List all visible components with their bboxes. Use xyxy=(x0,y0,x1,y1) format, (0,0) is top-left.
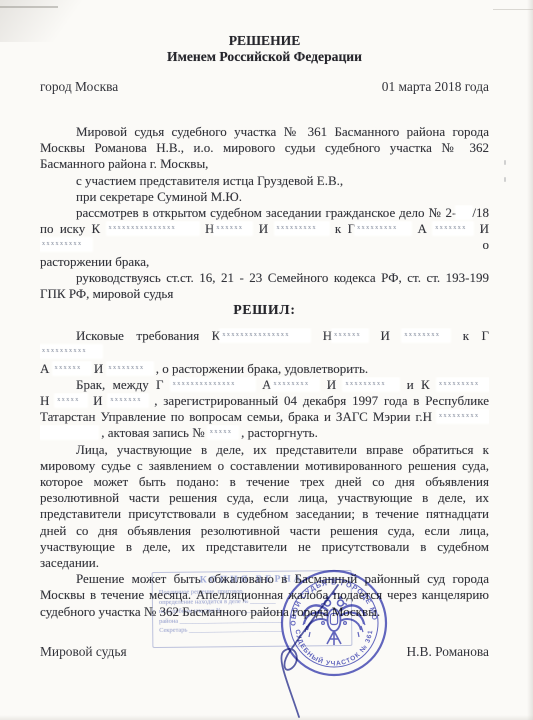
redaction-box xyxy=(40,426,98,439)
text-segment: при секретаре Суминой М.Ю. xyxy=(76,189,242,204)
document-line: заседании. xyxy=(40,555,489,571)
document-line: ГПК РФ, мировой судья xyxy=(40,286,489,302)
document-line: Москвы Романова Н.В., и.о. мирового судь… xyxy=(40,140,489,156)
text-segment: /18 xyxy=(472,205,489,220)
text-segment: Н xyxy=(310,328,332,343)
redaction-box: хххххххххххххх xyxy=(171,378,255,391)
text-segment: И xyxy=(319,377,343,392)
text-segment: А xyxy=(411,221,433,236)
document-line: Мировой судья судебного участка № 361 Ба… xyxy=(40,124,489,140)
text-segment: к Г xyxy=(329,221,356,236)
document-line: представители присутствовали в судебном … xyxy=(40,506,489,522)
date-label: 01 марта 2018 года xyxy=(382,79,489,95)
text-segment: о xyxy=(92,237,489,252)
redaction-box: ххххх xyxy=(55,394,87,407)
document-line: Н ххххх И ххххххх , зарегистрированный 0… xyxy=(40,393,489,409)
text-segment: дней со дня объявления резолютивной част… xyxy=(40,523,489,538)
text-segment: И xyxy=(91,361,107,376)
judge-role-label: Мировой судья xyxy=(40,644,127,660)
text-segment: мировому судье с заявлением о составлени… xyxy=(40,458,489,473)
text-segment: И xyxy=(87,393,108,408)
text-segment: представители присутствовали в судебном … xyxy=(40,506,489,521)
document-line: мировому судье с заявлением о составлени… xyxy=(40,458,489,474)
text-segment: к Г xyxy=(450,328,489,343)
city-label: город Москва xyxy=(40,79,118,95)
paragraph-block: Исковые требования Кххххххххххххххх Нххх… xyxy=(40,328,489,441)
text-segment: Исковые требования К xyxy=(76,328,220,343)
text-segment: А xyxy=(255,377,272,392)
document-line: которое может быть подано: в течение тре… xyxy=(40,474,489,490)
redaction-box: ххххххххххххххх xyxy=(220,329,310,342)
redaction-box: ххххххххх xyxy=(355,222,411,235)
document-line: при секретаре Суминой М.Ю. xyxy=(40,189,489,205)
text-segment: Лица, участвующие в деле, их представите… xyxy=(76,442,489,457)
text-segment: Москвы Романова Н.В., и.о. мирового судь… xyxy=(40,140,489,155)
text-segment: Татарстан Управление по вопросам семьи, … xyxy=(40,409,437,424)
text-segment: Н xyxy=(199,221,215,236)
redaction-box: ххххххххх xyxy=(40,238,92,251)
redaction-box: ххххххххх xyxy=(343,378,399,391)
redaction-box: хххххххх xyxy=(107,362,153,375)
judge-signature xyxy=(268,575,363,720)
redaction-box: хххххх xyxy=(332,329,368,342)
document-line: Басманного района г. Москвы, xyxy=(40,156,489,172)
text-segment: которое может быть подано: в течение тре… xyxy=(40,474,489,489)
document-line: Брак, между Г хххххххххххххх Ахххххххх И… xyxy=(40,377,489,393)
text-segment: А xyxy=(40,361,53,376)
redaction-box: ххххххххххххххх xyxy=(107,222,199,235)
paragraph-block: Мировой судья судебного участка № 361 Ба… xyxy=(40,124,489,302)
resolution-heading: РЕШИЛ: xyxy=(40,302,489,318)
text-segment: заседании. xyxy=(40,555,99,570)
document-line: дней со дня объявления резолютивной част… xyxy=(40,523,489,539)
text-segment: , актовая запись № xyxy=(98,425,208,440)
document-line: Татарстан Управление по вопросам семьи, … xyxy=(40,409,489,425)
paragraph-block: Лица, участвующие в деле, их представите… xyxy=(40,442,489,572)
redaction-box: хххххх xyxy=(53,362,91,375)
meta-row: город Москва 01 марта 2018 года xyxy=(40,79,489,95)
document-line: , актовая запись № ххххх , расторгнуть. xyxy=(40,425,489,441)
document-line: руководствуясь ст.ст. 16, 21 - 23 Семейн… xyxy=(40,270,489,286)
document-title: РЕШЕНИЕ xyxy=(40,33,489,49)
document-body: Мировой судья судебного участка № 361 Ба… xyxy=(40,124,489,620)
text-segment: , зарегистрированный 04 декабря 1997 год… xyxy=(148,393,489,408)
text-segment: расторжении брака, xyxy=(40,254,149,269)
text-segment: , о расторжении брака, удовлетворить. xyxy=(153,361,369,376)
text-segment: Н xyxy=(40,393,55,408)
text-segment: Брак, между Г xyxy=(76,377,171,392)
document-line: участвующие в деле, их представители не … xyxy=(40,539,489,555)
text-segment: по иску К xyxy=(40,221,107,236)
text-segment: рассмотрев в открытом судебном заседании… xyxy=(76,205,456,220)
redaction-box: ххххххххх xyxy=(275,222,329,235)
document-line: рассмотрев в открытом судебном заседании… xyxy=(40,205,489,221)
redaction-box: ххххххх xyxy=(433,222,473,235)
redaction-box: хххххххх xyxy=(402,329,450,342)
redaction-box: ххххххххх xyxy=(437,410,489,423)
judge-name-label: Н.В. Романова xyxy=(407,644,489,660)
text-segment: с участием представителя истца Груздевой… xyxy=(76,173,343,188)
redaction-box: хххххххххх xyxy=(40,345,102,358)
document-subtitle: Именем Российской Федерации xyxy=(40,49,489,65)
document-line: по иску К ххххххххххххххх Нхххххх И хххх… xyxy=(40,221,489,253)
body-before-resolution: Мировой судья судебного участка № 361 Ба… xyxy=(40,124,489,302)
text-segment: Басманного района г. Москвы, xyxy=(40,156,208,171)
text-segment: И xyxy=(252,221,274,236)
document-line: Исковые требования Кххххххххххххххх Нххх… xyxy=(40,328,489,360)
redaction-box xyxy=(456,206,472,219)
text-segment: участвующие в деле, их представители не … xyxy=(40,539,489,554)
text-segment: И xyxy=(473,221,489,236)
text-segment: Мировой судья судебного участка № 361 Ба… xyxy=(76,124,489,139)
redaction-box: хххххх xyxy=(214,222,252,235)
text-segment: И xyxy=(368,328,402,343)
document-line: расторжении брака, xyxy=(40,254,489,270)
text-segment: , расторгнуть. xyxy=(238,425,318,440)
document-line: с участием представителя истца Груздевой… xyxy=(40,173,489,189)
text-segment: ГПК РФ, мировой судья xyxy=(40,286,173,301)
document-line: резолютивной части решения суда, если ли… xyxy=(40,490,489,506)
text-segment: и К xyxy=(399,377,437,392)
redaction-box: хххххххх xyxy=(271,378,319,391)
redaction-box: ххххх xyxy=(208,426,238,439)
redaction-box: ххххххххх xyxy=(437,378,489,391)
document-line: Лица, участвующие в деле, их представите… xyxy=(40,442,489,458)
document-line: А хххххх И хххххххх , о расторжении брак… xyxy=(40,361,489,377)
text-segment: руководствуясь ст.ст. 16, 21 - 23 Семейн… xyxy=(76,270,489,285)
redaction-box: ххххххх xyxy=(108,394,148,407)
text-segment: резолютивной части решения суда, если ли… xyxy=(40,490,489,505)
